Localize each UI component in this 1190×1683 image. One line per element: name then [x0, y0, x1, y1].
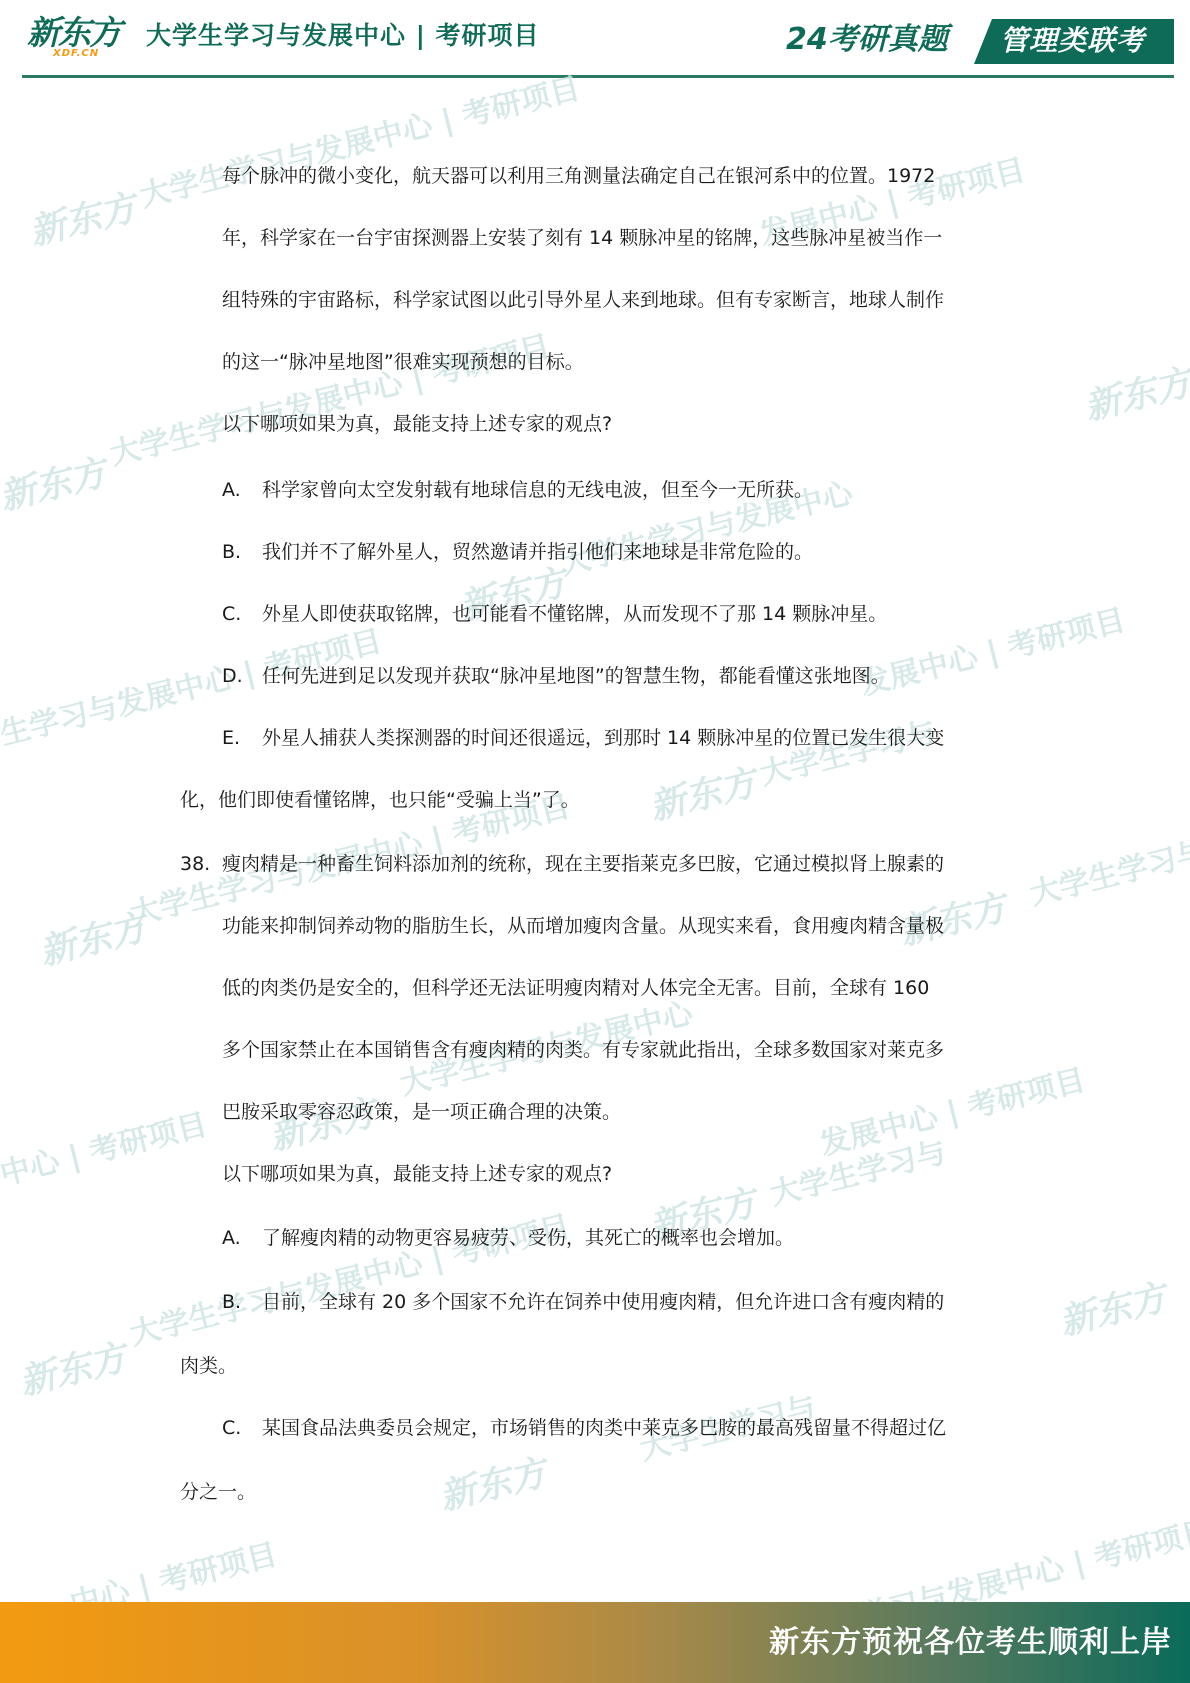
watermark-text: 大学生学习与发展中心 | 考研项目	[135, 63, 584, 215]
watermark-text: 发展中心 | 考研项目	[855, 595, 1129, 703]
badge-label: 管理类联考	[1000, 23, 1145, 59]
option-letter: B.	[222, 1290, 262, 1314]
passage-line: 功能来抑制饲养动物的脂肪生长，从而增加瘦肉含量。从现实来看，食用瘦肉精含量极	[222, 914, 944, 938]
page-footer: 新东方预祝各位考生顺利上岸	[0, 1602, 1190, 1683]
watermark-logo: 新东方	[1079, 355, 1190, 431]
passage-line: 巴胺采取零容忍政策，是一项正确合理的决策。	[222, 1100, 621, 1124]
header-title: 大学生学习与发展中心 | 考研项目	[146, 20, 540, 52]
option-letter: A.	[222, 1226, 262, 1250]
option-letter: A.	[222, 478, 262, 502]
option-text: 任何先进到足以发现并获取“脉冲星地图”的智慧生物，都能看懂这张地图。	[262, 665, 890, 687]
passage-line: 的这一“脉冲星地图”很难实现预想的目标。	[222, 350, 584, 374]
option-letter: E.	[222, 726, 262, 750]
option-text: 目前，全球有 20 多个国家不允许在饲养中使用瘦肉精，但允许进口含有瘦肉精的	[262, 1291, 944, 1313]
watermark-text: 大学生学习与发展中心 | 考研项目	[125, 1201, 574, 1353]
watermark-logo: 新东方	[644, 755, 761, 831]
option-letter: D.	[222, 664, 262, 688]
option-c: C.某国食品法典委员会规定，市场销售的肉类中莱克多巴胺的最高残留量不得超过亿	[222, 1416, 946, 1440]
question-prompt: 以下哪项如果为真，最能支持上述专家的观点?	[222, 1162, 612, 1186]
option-e: E.外星人捕获人类探测器的时间还很遥远，到那时 14 颗脉冲星的位置已发生很大变	[222, 726, 944, 750]
watermark-logo: 新东方	[34, 900, 151, 976]
option-b: B.目前，全球有 20 多个国家不允许在饲养中使用瘦肉精，但允许进口含有瘦肉精的	[222, 1290, 944, 1314]
watermark-text: 中心 | 考研项目	[0, 1099, 211, 1193]
watermark-text: 大学生学习与	[1025, 827, 1190, 913]
option-text: 外星人即使获取铭牌，也可能看不懂铭牌，从而发现不了那 14 颗脉冲星。	[262, 603, 887, 625]
question-number: 38.	[180, 852, 210, 876]
watermark-logo: 新东方	[14, 1330, 131, 1406]
watermark-text: 大学生学习与	[765, 1127, 950, 1213]
passage-line: 多个国家禁止在本国销售含有瘦肉精的肉类。有专家就此指出，全球多数国家对莱克多	[222, 1038, 944, 1062]
option-a: A.了解瘦肉精的动物更容易疲劳、受伤，其死亡的概率也会增加。	[222, 1226, 794, 1250]
option-text: 我们并不了解外星人，贸然邀请并指引他们来地球是非常危险的。	[262, 541, 813, 563]
option-c: C.外星人即使获取铭牌，也可能看不懂铭牌，从而发现不了那 14 颗脉冲星。	[222, 602, 887, 626]
option-letter: C.	[222, 602, 262, 626]
watermark-text: 大学生学习与发展中心 | 考研项目	[105, 321, 554, 473]
option-text: 外星人捕获人类探测器的时间还很遥远，到那时 14 颗脉冲星的位置已发生很大变	[262, 727, 944, 749]
logo-chinese: 新东方	[27, 14, 120, 52]
logo-english: XDF.CN	[53, 48, 99, 60]
option-letter: B.	[222, 540, 262, 564]
option-c-continued: 分之一。	[180, 1480, 256, 1504]
passage-line: 瘦肉精是一种畜生饲料添加剂的统称，现在主要指莱克多巴胺，它通过模拟肾上腺素的	[222, 852, 944, 876]
watermark-logo: 新东方	[434, 1445, 551, 1521]
passage-line: 组特殊的宇宙路标，科学家试图以此引导外星人来到地球。但有专家断言，地球人制作	[222, 288, 944, 312]
option-text: 科学家曾向太空发射载有地球信息的无线电波，但至今一无所获。	[262, 479, 813, 501]
passage-line: 低的肉类仍是安全的，但科学还无法证明瘦肉精对人体完全无害。目前，全球有 160	[222, 976, 929, 1000]
watermark-logo: 新东方	[1054, 1270, 1171, 1346]
watermark-logo: 新东方	[24, 180, 141, 256]
xdf-logo: 新东方 XDF.CN	[27, 14, 127, 64]
option-e-continued: 化，他们即使看懂铭牌，也只能“受骗上当”了。	[180, 788, 580, 812]
watermark-text: 大学生学习与	[755, 707, 940, 793]
exam-label: 24考研真题	[786, 22, 948, 58]
option-text: 了解瘦肉精的动物更容易疲劳、受伤，其死亡的概率也会增加。	[262, 1227, 794, 1249]
watermark-logo: 新东方	[0, 445, 111, 521]
footer-slogan: 新东方预祝各位考生顺利上岸	[769, 1624, 1172, 1662]
watermark-text: 发展中心 | 考研项目	[815, 1055, 1089, 1163]
option-b-continued: 肉类。	[180, 1354, 237, 1378]
option-text: 某国食品法典委员会规定，市场销售的肉类中莱克多巴胺的最高残留量不得超过亿	[262, 1417, 946, 1439]
option-letter: C.	[222, 1416, 262, 1440]
passage-line: 每个脉冲的微小变化，航天器可以利用三角测量法确定自己在银河系中的位置。1972	[222, 164, 935, 188]
header-divider	[22, 75, 1174, 78]
question-prompt: 以下哪项如果为真，最能支持上述专家的观点?	[222, 412, 612, 436]
exam-category-badge: 管理类联考	[974, 19, 1174, 64]
option-a: A.科学家曾向太空发射载有地球信息的无线电波，但至今一无所获。	[222, 478, 813, 502]
page-header: 新东方 XDF.CN 大学生学习与发展中心 | 考研项目 24考研真题 管理类联…	[0, 0, 1190, 80]
option-d: D.任何先进到足以发现并获取“脉冲星地图”的智慧生物，都能看懂这张地图。	[222, 664, 890, 688]
option-b: B.我们并不了解外星人，贸然邀请并指引他们来地球是非常危险的。	[222, 540, 813, 564]
passage-line: 年，科学家在一台宇宙探测器上安装了刻有 14 颗脉冲星的铭牌，这些脉冲星被当作一	[222, 226, 942, 250]
